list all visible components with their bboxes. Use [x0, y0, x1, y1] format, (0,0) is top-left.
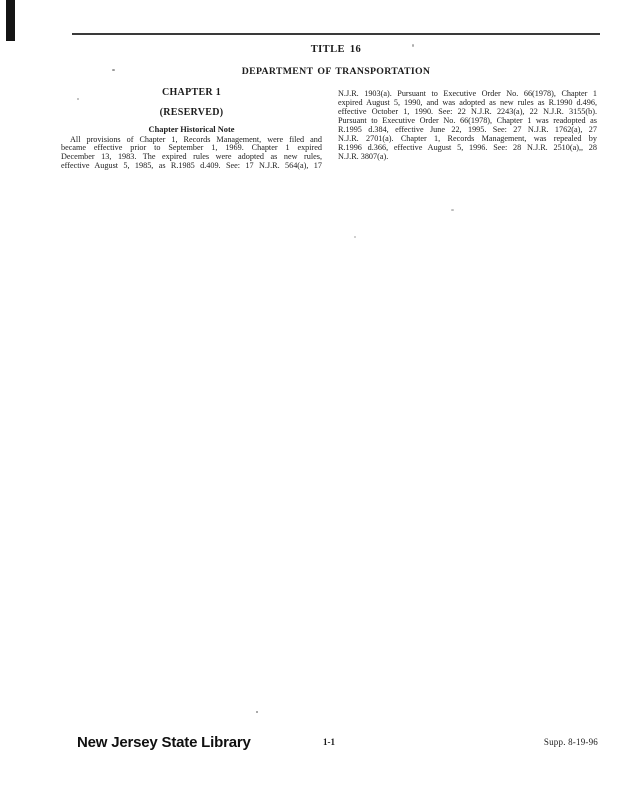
scan-speck	[77, 98, 79, 100]
right-column: N.J.R. 1903(a). Pursuant to Executive Or…	[338, 87, 597, 170]
scan-speck	[412, 44, 414, 47]
supplement-date: Supp. 8-19-96	[544, 737, 598, 747]
page-number: 1-1	[318, 737, 340, 747]
department-heading: DEPARTMENT OF TRANSPORTATION	[72, 66, 600, 77]
two-column-body: CHAPTER 1 (RESERVED) Chapter Historical …	[61, 87, 597, 170]
text-line: Pursuant to Executive Order No. 66(1978)…	[338, 116, 597, 125]
historical-note-heading: Chapter Historical Note	[61, 125, 322, 134]
historical-note-paragraph-left: All provisions of Chapter 1, Records Man…	[61, 136, 322, 171]
top-rule	[72, 33, 600, 35]
text-line: effective October 1, 1990. See: 22 N.J.R…	[338, 107, 597, 116]
text-line: R.1996 d.366, effective August 5, 1996. …	[338, 143, 597, 152]
scan-speck	[256, 711, 258, 713]
title-heading: TITLE 16	[72, 44, 600, 55]
scan-speck	[112, 69, 115, 71]
scan-speck	[354, 236, 356, 238]
text-line: effective August 5, 1985, as R.1985 d.40…	[61, 162, 322, 171]
text-line: N.J.R. 1903(a). Pursuant to Executive Or…	[338, 89, 597, 98]
scan-speck	[451, 209, 454, 211]
text-line: expired August 5, 1990, and was adopted …	[338, 98, 597, 107]
scan-corner-mark	[6, 0, 15, 41]
text-line: N.J.R. 3807(a).	[338, 152, 597, 161]
chapter-heading: CHAPTER 1	[61, 87, 322, 98]
reserved-status-heading: (RESERVED)	[61, 107, 322, 118]
left-column: CHAPTER 1 (RESERVED) Chapter Historical …	[61, 87, 322, 170]
text-line: N.J.R. 2701(a). Chapter 1, Records Manag…	[338, 134, 597, 143]
scanned-document-page: TITLE 16 DEPARTMENT OF TRANSPORTATION CH…	[0, 0, 619, 800]
library-stamp: New Jersey State Library	[77, 734, 251, 751]
text-line: R.1995 d.384, effective June 22, 1995. S…	[338, 125, 597, 134]
historical-note-paragraph-right: N.J.R. 1903(a). Pursuant to Executive Or…	[338, 87, 597, 161]
